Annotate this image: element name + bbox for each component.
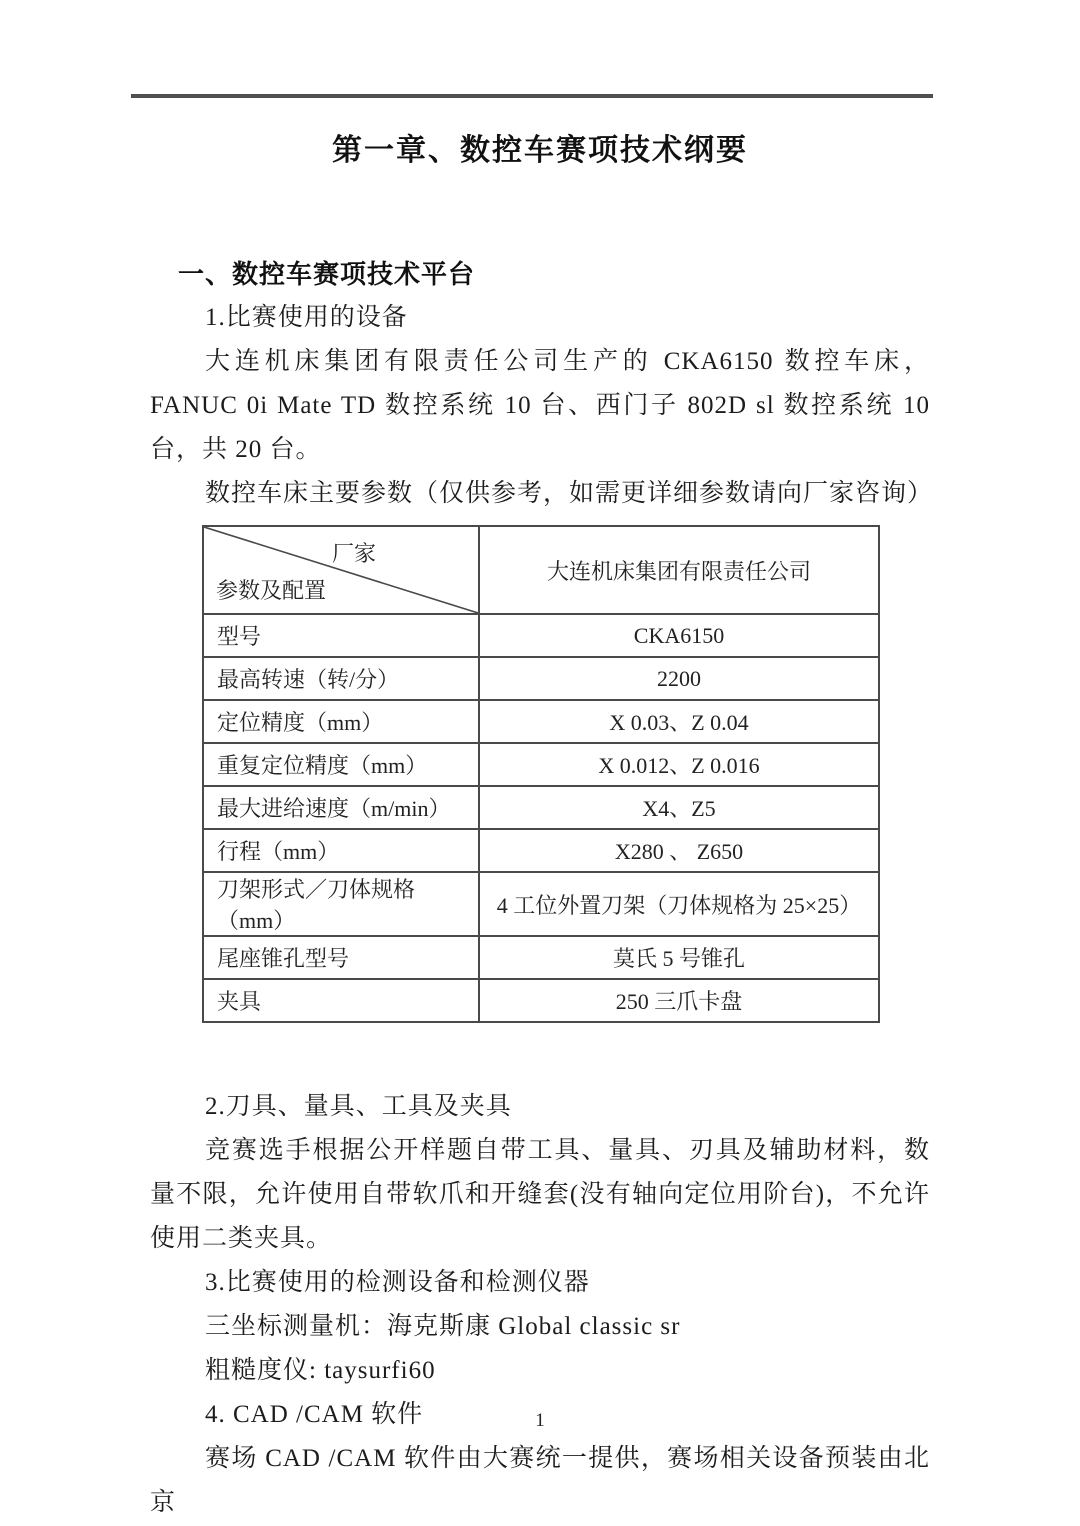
table-cell-value: 2200 bbox=[479, 657, 879, 700]
table-row: 行程（mm） X280 、 Z650 bbox=[203, 829, 879, 872]
table-row: 重复定位精度（mm） X 0.012、Z 0.016 bbox=[203, 743, 879, 786]
table-row: 夹具 250 三爪卡盘 bbox=[203, 979, 879, 1022]
table-row: 定位精度（mm） X 0.03、Z 0.04 bbox=[203, 700, 879, 743]
section-heading: 一、数控车赛项技术平台 bbox=[178, 252, 930, 296]
table-cell-label: 夹具 bbox=[203, 979, 479, 1022]
table-row: 最高转速（转/分） 2200 bbox=[203, 657, 879, 700]
table-row: 刀架形式／刀体规格（mm） 4 工位外置刀架（刀体规格为 25×25） bbox=[203, 872, 879, 936]
item1-paragraph: 大连机床集团有限责任公司生产的 CKA6150 数控车床，FANUC 0i Ma… bbox=[150, 340, 930, 472]
item3-line-roughness: 粗糙度仪: taysurfi60 bbox=[150, 1349, 930, 1393]
table-cell-label: 尾座锥孔型号 bbox=[203, 936, 479, 979]
table-row: 型号 CKA6150 bbox=[203, 614, 879, 657]
item1-heading: 1.比赛使用的设备 bbox=[150, 296, 930, 340]
table-row: 尾座锥孔型号 莫氏 5 号锥孔 bbox=[203, 936, 879, 979]
page-number: 1 bbox=[0, 1410, 1080, 1432]
table-cell-label: 重复定位精度（mm） bbox=[203, 743, 479, 786]
table-cell-value: X280 、 Z650 bbox=[479, 829, 879, 872]
page-title: 第一章、数控车赛项技术纲要 bbox=[150, 128, 930, 174]
table-cell-label: 行程（mm） bbox=[203, 829, 479, 872]
corner-label-manufacturer: 厂家 bbox=[332, 537, 376, 568]
item2-heading: 2.刀具、量具、工具及夹具 bbox=[150, 1085, 930, 1129]
table-cell-value: CKA6150 bbox=[479, 614, 879, 657]
table-caption: 数控车床主要参数（仅供参考，如需更详细参数请向厂家咨询） bbox=[150, 472, 930, 516]
table-cell-value: 莫氏 5 号锥孔 bbox=[479, 936, 879, 979]
table-cell-value: 4 工位外置刀架（刀体规格为 25×25） bbox=[479, 872, 879, 936]
table-corner-cell: 厂家 参数及配置 bbox=[203, 526, 479, 614]
item2-paragraph: 竞赛选手根据公开样题自带工具、量具、刃具及辅助材料，数量不限，允许使用自带软爪和… bbox=[150, 1129, 930, 1261]
table-cell-value: 250 三爪卡盘 bbox=[479, 979, 879, 1022]
table-cell-label: 最大进给速度（m/min） bbox=[203, 786, 479, 829]
item3-heading: 3.比赛使用的检测设备和检测仪器 bbox=[150, 1261, 930, 1305]
table-cell-value: X 0.03、Z 0.04 bbox=[479, 700, 879, 743]
table-cell-label: 定位精度（mm） bbox=[203, 700, 479, 743]
table-row: 最大进给速度（m/min） X4、Z5 bbox=[203, 786, 879, 829]
item3-line-cmm: 三坐标测量机：海克斯康 Global classic sr bbox=[150, 1305, 930, 1349]
table-cell-value: X 0.012、Z 0.016 bbox=[479, 743, 879, 786]
corner-label-parameters: 参数及配置 bbox=[216, 574, 326, 605]
document-page: 第一章、数控车赛项技术纲要 一、数控车赛项技术平台 1.比赛使用的设备 大连机床… bbox=[0, 0, 1080, 1526]
header-rule bbox=[131, 94, 933, 98]
table-cell-value: X4、Z5 bbox=[479, 786, 879, 829]
table-column-header: 大连机床集团有限责任公司 bbox=[479, 526, 879, 614]
table-cell-label: 刀架形式／刀体规格（mm） bbox=[203, 872, 479, 936]
table-cell-label: 最高转速（转/分） bbox=[203, 657, 479, 700]
table-header-row: 厂家 参数及配置 大连机床集团有限责任公司 bbox=[203, 526, 879, 614]
table-cell-label: 型号 bbox=[203, 614, 479, 657]
item4-paragraph: 赛场 CAD /CAM 软件由大赛统一提供，赛场相关设备预装由北京 bbox=[150, 1437, 930, 1525]
page-content: 第一章、数控车赛项技术纲要 一、数控车赛项技术平台 1.比赛使用的设备 大连机床… bbox=[0, 0, 1080, 1525]
parameters-table: 厂家 参数及配置 大连机床集团有限责任公司 型号 CKA6150 最高转速（转/… bbox=[202, 525, 880, 1023]
